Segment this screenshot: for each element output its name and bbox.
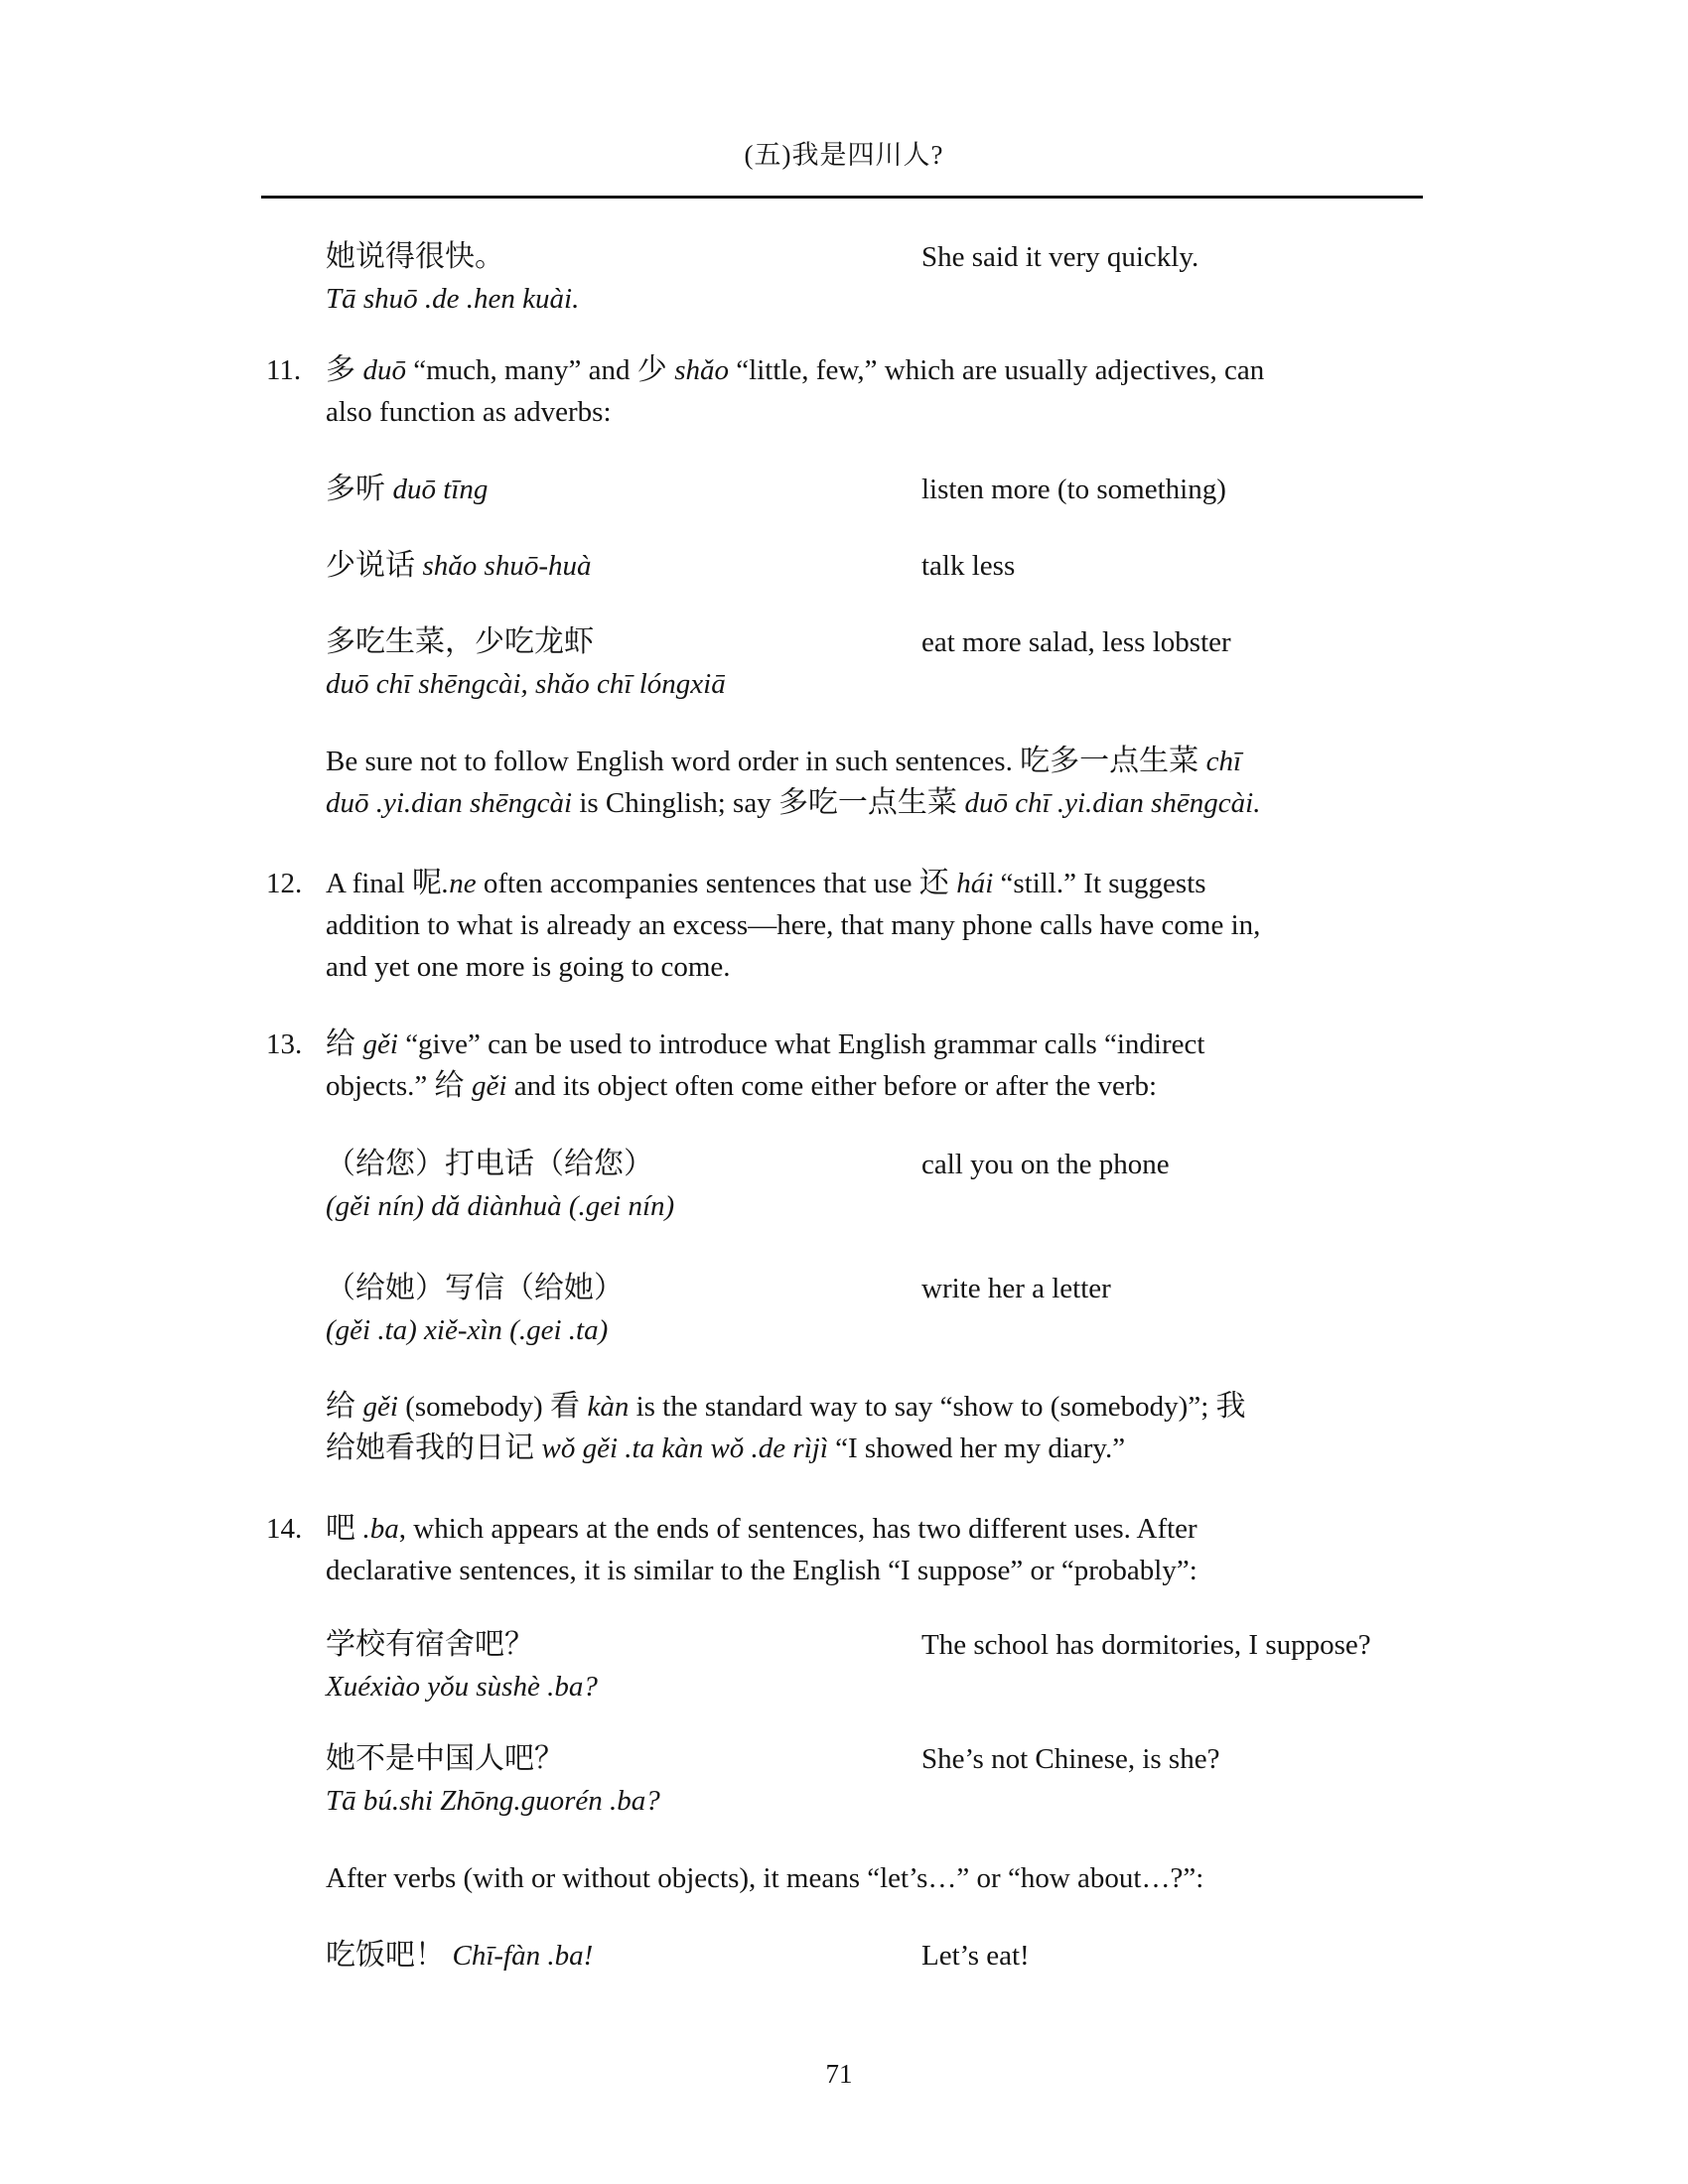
hanzi-inline: 呢 [412,867,442,899]
pinyin-line: (gěi nín) dǎ diànhuà (.gei nín) [326,1185,674,1227]
example-row: 吃饭吧！ Chī-fàn .ba! [326,1935,593,1977]
example-row: 多听 duō tīng [326,469,488,510]
example-row: （给她）写信（给她） (gěi .ta) xiě-xìn (.gei .ta) [326,1268,624,1351]
pinyin-inline: .ne [442,868,477,899]
english-inline: “I showed her my diary.” [828,1433,1125,1464]
english-inline: is the standard way to say “show to (som… [629,1391,1215,1423]
item-paragraph: 给 gěi “give” can be used to introduce wh… [326,1024,1433,1107]
pinyin-inline: gěi [363,1391,398,1423]
page: (五)我是四川人? 她说得很快。 Tā shuō .de .hen kuài. … [0,0,1688,2184]
pinyin-line: (gěi .ta) xiě-xìn (.gei .ta) [326,1309,624,1351]
item-paragraph: 多 duō “much, many” and 少 shǎo “little, f… [326,349,1433,433]
pinyin-inline: gěi [472,1070,506,1102]
hanzi-inline: 给 [326,1027,363,1060]
hanzi-inline: 吧 [326,1512,363,1545]
item-paragraph: A final 呢.ne often accompanies sentences… [326,863,1433,988]
english-inline: objects.” [326,1070,435,1102]
english-translation: eat more salad, less lobster [921,621,1398,663]
english-inline: “much, many” and [406,354,637,386]
english-inline: declarative sentences, it is similar to … [326,1555,1197,1586]
hanzi-inline: 我 [1216,1390,1246,1423]
pinyin-inline: duō tīng [393,474,489,505]
pinyin-inline: hái [956,868,993,899]
example-row: 学校有宿舍吧？ Xuéxiào yǒu sùshè .ba? [326,1624,598,1707]
hanzi-inline: 少 [637,353,675,386]
pinyin-inline: duō [363,354,407,386]
english-inline: is Chinglish; say [572,787,778,819]
hanzi-inline: 吃饭吧！ [326,1939,453,1972]
hanzi-inline: 给 [326,1390,363,1423]
item-number: 13. [266,1024,316,1065]
english-translation: She said it very quickly. [921,236,1398,278]
pinyin-inline: gěi [363,1028,398,1060]
hanzi-inline: 多吃一点生菜 [778,786,965,819]
page-number: 71 [789,2053,889,2095]
hanzi-line: 多吃生菜，少吃龙虾 [326,621,726,663]
pinyin-line: Tā bú.shi Zhōng.guorén .ba? [326,1780,660,1822]
note-paragraph: Be sure not to follow English word order… [326,741,1433,824]
hanzi-inline: 少说话 [326,549,423,582]
hanzi-inline: 给 [435,1069,473,1102]
hanzi-inline: 看 [550,1390,588,1423]
pinyin-inline: .ba [363,1513,399,1545]
pinyin-line: Xuéxiào yǒu sùshè .ba? [326,1666,598,1707]
item-number: 11. [266,349,316,391]
english-inline: addition to what is already an excess—he… [326,909,1260,941]
pinyin-inline: kàn [587,1391,629,1423]
english-inline: Be sure not to follow English word order… [326,746,1020,777]
english-translation: She’s not Chinese, is she? [921,1738,1398,1780]
english-inline: “give” can be used to introduce what Eng… [398,1028,1205,1060]
pinyin-line: duō chī shēngcài, shǎo chī lóngxiā [326,663,726,705]
hanzi-line: 她说得很快。 [326,236,579,278]
example-row: 她说得很快。 Tā shuō .de .hen kuài. [326,236,579,320]
hanzi-line: （给她）写信（给她） [326,1268,624,1309]
example-row: 她不是中国人吧？ Tā bú.shi Zhōng.guorén .ba? [326,1738,660,1822]
english-inline: also function as adverbs: [326,396,612,428]
example-row: 少说话 shǎo shuō-huà [326,545,591,587]
english-translation: Let’s eat! [921,1935,1398,1977]
english-translation: write her a letter [921,1268,1398,1309]
item-number: 12. [266,863,316,904]
pinyin-line: Tā shuō .de .hen kuài. [326,278,579,320]
pinyin-inline: chī [1206,746,1241,777]
english-inline: A final [326,868,412,899]
example-row: （给您）打电话（给您） (gěi nín) dǎ diànhuà (.gei n… [326,1144,674,1227]
english-inline: (somebody) [398,1391,550,1423]
english-inline: “little, few,” which are usually adjecti… [729,354,1264,386]
english-inline: “still.” It suggests [993,868,1205,899]
divider-rule [261,196,1423,199]
hanzi-inline: 多 [326,353,363,386]
note-paragraph: After verbs (with or without objects), i… [326,1857,1433,1899]
english-inline: and yet one more is going to come. [326,951,731,983]
hanzi-line: 学校有宿舍吧？ [326,1624,598,1666]
hanzi-inline: 吃多一点生菜 [1020,745,1206,777]
english-inline: often accompanies sentences that use [477,868,919,899]
english-translation: listen more (to something) [921,469,1398,510]
hanzi-inline: 给她看我的日记 [326,1432,542,1464]
pinyin-inline: shǎo shuō-huà [423,550,592,582]
hanzi-line: 她不是中国人吧？ [326,1738,660,1780]
hanzi-inline: 多听 [326,473,393,505]
example-row: 多吃生菜，少吃龙虾 duō chī shēngcài, shǎo chī lón… [326,621,726,705]
english-inline: , which appears at the ends of sentences… [399,1513,1197,1545]
pinyin-inline: Chī-fàn .ba! [453,1940,594,1972]
english-translation: talk less [921,545,1398,587]
pinyin-inline: duō chī .yi.dian shēngcài. [964,787,1260,819]
pinyin-inline: shǎo [674,354,729,386]
english-translation: call you on the phone [921,1144,1398,1185]
hanzi-line: （给您）打电话（给您） [326,1144,674,1185]
header-title: (五)我是四川人? [0,134,1688,176]
hanzi-inline: 还 [919,867,957,899]
item-paragraph: 吧 .ba, which appears at the ends of sent… [326,1508,1433,1591]
item-number: 14. [266,1508,316,1550]
note-paragraph: 给 gěi (somebody) 看 kàn is the standard w… [326,1386,1433,1469]
pinyin-inline: wǒ gěi .ta kàn wǒ .de rìjì [542,1433,828,1464]
english-translation: The school has dormitories, I suppose? [921,1624,1388,1666]
english-inline: and its object often come either before … [506,1070,1157,1102]
pinyin-inline: duō .yi.dian shēngcài [326,787,572,819]
